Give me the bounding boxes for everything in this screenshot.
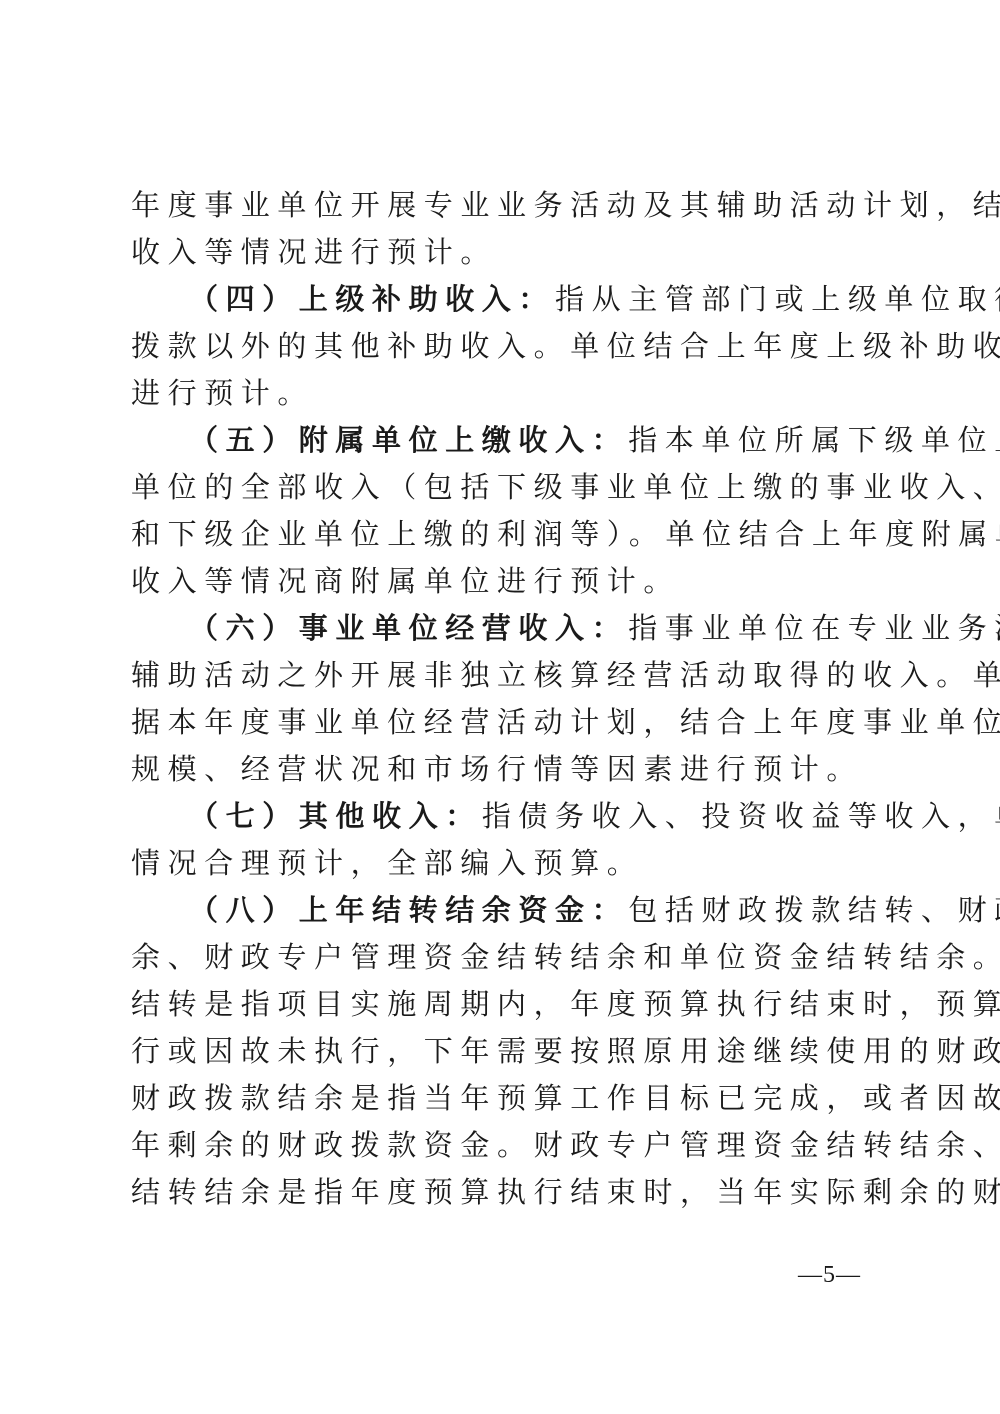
document-body: 年度事业单位开展专业业务活动及其辅助活动计划，结合上年度 收入等情况进行预计。 … (131, 182, 871, 1216)
paragraph-line: 情况合理预计，全部编入预算。 (131, 840, 871, 887)
line-text: 单位的全部收入（包括下级事业单位上缴的事业收入、其他收入 (131, 470, 1000, 504)
page-number: —5— (798, 1262, 861, 1289)
line-text: 和下级企业单位上缴的利润等）。单位结合上年度附属单位上缴 (131, 517, 1000, 551)
line-text: 拨款以外的其他补助收入。单位结合上年度上级补助收入等情况 (131, 329, 1000, 363)
section-heading-line: （五）附属单位上缴收入：指本单位所属下级单位上缴给本 (131, 417, 871, 464)
line-text: 年剩余的财政拨款资金。财政专户管理资金结转结余、单位资金 (131, 1128, 1000, 1162)
paragraph-line: 辅助活动之外开展非独立核算经营活动取得的收入。单位应当根 (131, 652, 871, 699)
line-text: 规模、经营状况和市场行情等因素进行预计。 (131, 752, 863, 786)
paragraph-line: 行或因故未执行，下年需要按照原用途继续使用的财政拨款资金。 (131, 1028, 871, 1075)
section-heading: （四）上级补助收入： (189, 282, 555, 316)
line-text: 行或因故未执行，下年需要按照原用途继续使用的财政拨款资金。 (131, 1034, 1000, 1068)
line-text: 辅助活动之外开展非独立核算经营活动取得的收入。单位应当根 (131, 658, 1000, 692)
line-text: 财政拨款结余是指当年预算工作目标已完成，或者因故终止，当 (131, 1081, 1000, 1115)
line-text: 年度事业单位开展专业业务活动及其辅助活动计划，结合上年度 (131, 188, 1000, 222)
line-text: 进行预计。 (131, 376, 314, 410)
paragraph-line: 规模、经营状况和市场行情等因素进行预计。 (131, 746, 871, 793)
section-heading-line: （八）上年结转结余资金：包括财政拨款结转、财政拨款结 (131, 887, 871, 934)
line-text: 指债务收入、投资收益等收入，单位根据 (482, 799, 1000, 833)
paragraph-line: 财政拨款结余是指当年预算工作目标已完成，或者因故终止，当 (131, 1075, 871, 1122)
paragraph-line: 年剩余的财政拨款资金。财政专户管理资金结转结余、单位资金 (131, 1122, 871, 1169)
section-heading-line: （六）事业单位经营收入：指事业单位在专业业务活动及其 (131, 605, 871, 652)
line-text: 指事业单位在专业业务活动及其 (628, 611, 1000, 645)
line-text: 指从主管部门或上级单位取得的财政 (555, 282, 1000, 316)
paragraph-line: 和下级企业单位上缴的利润等）。单位结合上年度附属单位上缴 (131, 511, 871, 558)
section-heading: （六）事业单位经营收入： (189, 611, 628, 645)
line-text: 据本年度事业单位经营活动计划，结合上年度事业单位经营收入 (131, 705, 1000, 739)
line-text: 余、财政专户管理资金结转结余和单位资金结转结余。财政拨款 (131, 940, 1000, 974)
line-text: 结转结余是指年度预算执行结束时，当年实际剩余的财政专户资 (131, 1175, 1000, 1209)
line-text: 收入等情况进行预计。 (131, 235, 497, 269)
paragraph-line: 余、财政专户管理资金结转结余和单位资金结转结余。财政拨款 (131, 934, 871, 981)
paragraph-line: 结转结余是指年度预算执行结束时，当年实际剩余的财政专户资 (131, 1169, 871, 1216)
line-text: 结转是指项目实施周期内，年度预算执行结束时，预算未全部执 (131, 987, 1000, 1021)
section-heading-line: （七）其他收入：指债务收入、投资收益等收入，单位根据 (131, 793, 871, 840)
paragraph-line: 进行预计。 (131, 370, 871, 417)
paragraph-line: 据本年度事业单位经营活动计划，结合上年度事业单位经营收入 (131, 699, 871, 746)
paragraph-line: 收入等情况商附属单位进行预计。 (131, 558, 871, 605)
line-text: 指本单位所属下级单位上缴给本 (628, 423, 1000, 457)
paragraph-line: 年度事业单位开展专业业务活动及其辅助活动计划，结合上年度 (131, 182, 871, 229)
line-text: 情况合理预计，全部编入预算。 (131, 846, 643, 880)
paragraph-line: 结转是指项目实施周期内，年度预算执行结束时，预算未全部执 (131, 981, 871, 1028)
paragraph-line: 收入等情况进行预计。 (131, 229, 871, 276)
section-heading-line: （四）上级补助收入：指从主管部门或上级单位取得的财政 (131, 276, 871, 323)
line-text: 收入等情况商附属单位进行预计。 (131, 564, 680, 598)
line-text: 包括财政拨款结转、财政拨款结 (628, 893, 1000, 927)
section-heading: （八）上年结转结余资金： (189, 893, 628, 927)
section-heading: （七）其他收入： (189, 799, 482, 833)
paragraph-line: 拨款以外的其他补助收入。单位结合上年度上级补助收入等情况 (131, 323, 871, 370)
section-heading: （五）附属单位上缴收入： (189, 423, 628, 457)
paragraph-line: 单位的全部收入（包括下级事业单位上缴的事业收入、其他收入 (131, 464, 871, 511)
